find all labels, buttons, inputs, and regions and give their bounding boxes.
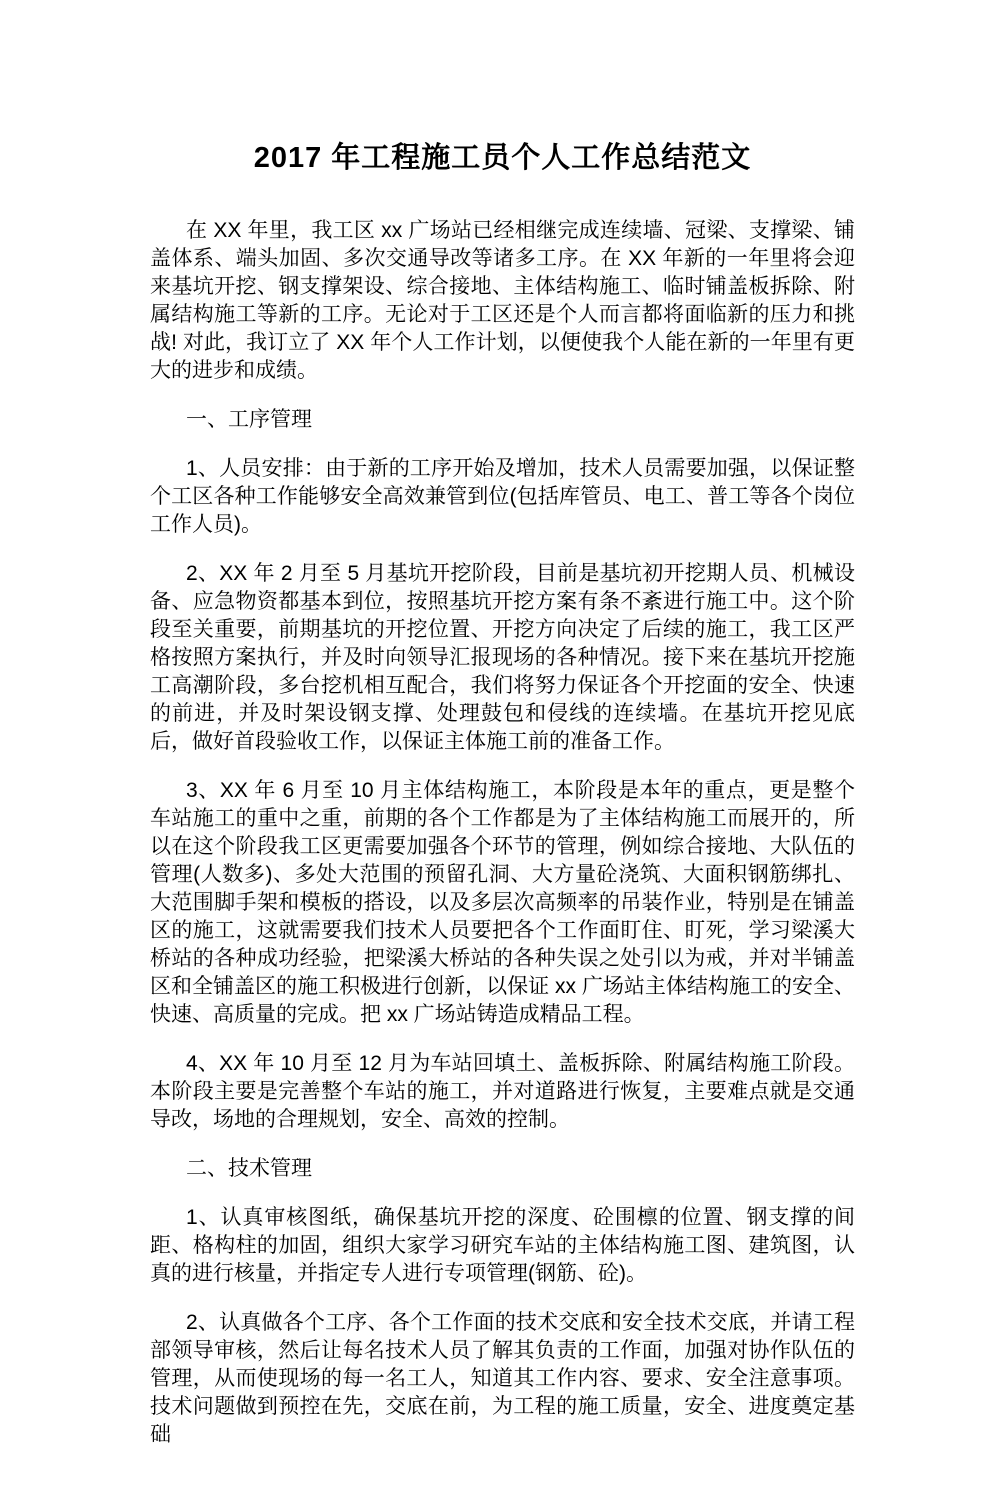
paragraph-excavation-stage: 2、XX 年 2 月至 5 月基坑开挖阶段，目前是基坑初开挖期人员、机械设备、应… <box>150 560 855 756</box>
paragraph-staffing: 1、人员安排：由于新的工序开始及增加，技术人员需要加强，以保证整个工区各种工作能… <box>150 455 855 539</box>
paragraph-backfill-stage: 4、XX 年 10 月至 12 月为车站回填土、盖板拆除、附属结构施工阶段。本阶… <box>150 1050 855 1134</box>
section-heading-technical-management: 二、技术管理 <box>150 1155 855 1183</box>
document-title: 2017 年工程施工员个人工作总结范文 <box>150 141 855 175</box>
paragraph-technical-disclosure: 2、认真做各个工序、各个工作面的技术交底和安全技术交底，并请工程部领导审核，然后… <box>150 1309 855 1449</box>
document-page: 2017 年工程施工员个人工作总结范文 在 XX 年里，我工区 xx 广场站已经… <box>0 0 1000 1509</box>
intro-paragraph: 在 XX 年里，我工区 xx 广场站已经相继完成连续墙、冠梁、支撑梁、铺盖体系、… <box>150 217 855 385</box>
section-heading-process-management: 一、工序管理 <box>150 406 855 434</box>
paragraph-main-structure-stage: 3、XX 年 6 月至 10 月主体结构施工，本阶段是本年的重点，更是整个车站施… <box>150 777 855 1029</box>
paragraph-drawing-review: 1、认真审核图纸，确保基坑开挖的深度、砼围檩的位置、钢支撑的间距、格构柱的加固，… <box>150 1204 855 1288</box>
